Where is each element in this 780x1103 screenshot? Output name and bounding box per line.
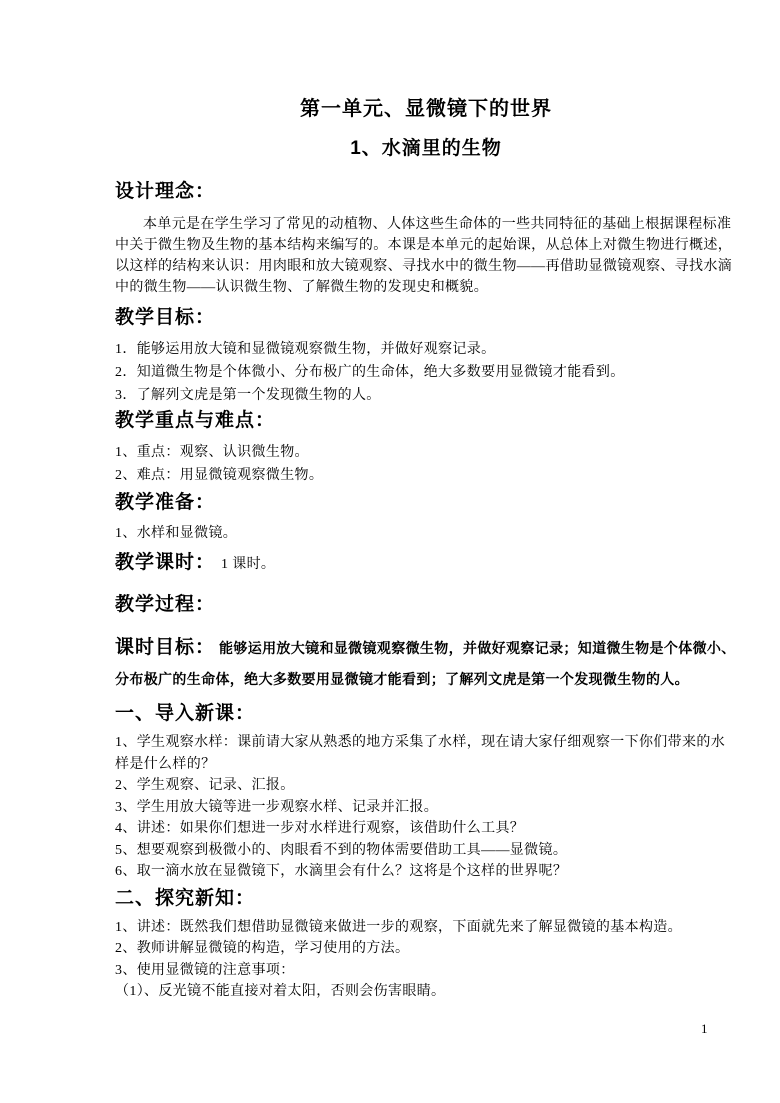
preparation-list: 1、水样和显微镜。	[115, 523, 737, 545]
section-heading-lead-in: 一、导入新课：	[115, 700, 737, 728]
list-item: 4、讲述：如果你们想进一步对水样进行观察，该借助什么工具？	[115, 818, 737, 840]
list-item: 3．了解列文虎是第一个发现微生物的人。	[115, 384, 737, 407]
section-heading-lesson-goal: 课时目标：	[115, 637, 215, 658]
section-heading-preparation: 教学准备：	[115, 489, 737, 517]
class-hours-line: 教学课时：1 课时。	[115, 549, 737, 579]
list-item: 1．能够运用放大镜和显微镜观察微生物，并做好观察记录。	[115, 338, 737, 361]
list-item: 3、学生用放大镜等进一步观察水样、记录并汇报。	[115, 797, 737, 819]
list-item: 1、重点：观察、认识微生物。	[115, 441, 737, 464]
section-heading-design-concept: 设计理念：	[115, 178, 737, 206]
page-number: 1	[701, 1021, 708, 1037]
lead-in-list: 1、学生观察水样：课前请大家从熟悉的地方采集了水样，现在请大家仔细观察一下你们带…	[115, 732, 737, 883]
list-item: 2、难点：用显微镜观察微生物。	[115, 464, 737, 487]
list-item: 2．知道微生物是个体微小、分布极广的生命体，绝大多数要用显微镜才能看到。	[115, 361, 737, 384]
class-hours-value: 1 课时。	[215, 557, 275, 572]
list-item: （1）、反光镜不能直接对着太阳，否则会伤害眼睛。	[115, 981, 737, 1003]
list-item: 2、学生观察、记录、汇报。	[115, 775, 737, 797]
document-page: 第一单元、显微镜下的世界 1、水滴里的生物 设计理念： 本单元是在学生学习了常见…	[0, 0, 780, 1103]
list-item: 1、学生观察水样：课前请大家从熟悉的地方采集了水样，现在请大家仔细观察一下你们带…	[115, 732, 737, 775]
section-heading-explore: 二、探究新知：	[115, 885, 737, 913]
section-heading-teaching-objectives: 教学目标：	[115, 304, 737, 332]
list-item: 2、教师讲解显微镜的构造，学习使用的方法。	[115, 938, 737, 960]
list-item: 3、使用显微镜的注意事项：	[115, 960, 737, 982]
list-item: 1、水样和显微镜。	[115, 523, 737, 545]
lesson-goal-line: 课时目标：能够运用放大镜和显微镜观察微生物，并做好观察记录；知道微生物是个体微小…	[115, 633, 737, 696]
page-title: 第一单元、显微镜下的世界	[115, 96, 737, 122]
list-item: 1、讲述：既然我们想借助显微镜来做进一步的观察，下面就先来了解显微镜的基本构造。	[115, 917, 737, 939]
explore-list: 1、讲述：既然我们想借助显微镜来做进一步的观察，下面就先来了解显微镜的基本构造。…	[115, 917, 737, 1003]
teaching-objectives-list: 1．能够运用放大镜和显微镜观察微生物，并做好观察记录。 2．知道微生物是个体微小…	[115, 338, 737, 407]
list-item: 6、取一滴水放在显微镜下，水滴里会有什么？这将是个这样的世界呢？	[115, 861, 737, 883]
section-heading-class-hours: 教学课时：	[115, 552, 215, 573]
section-heading-key-difficult-points: 教学重点与难点：	[115, 407, 737, 435]
list-item: 5、想要观察到极微小的、肉眼看不到的物体需要借助工具——显微镜。	[115, 840, 737, 862]
section-heading-teaching-process: 教学过程：	[115, 591, 737, 619]
key-difficult-points-list: 1、重点：观察、认识微生物。 2、难点：用显微镜观察微生物。	[115, 441, 737, 487]
page-subtitle: 1、水滴里的生物	[115, 136, 737, 162]
design-concept-paragraph: 本单元是在学生学习了常见的动植物、人体这些生命体的一些共同特征的基础上根据课程标…	[115, 214, 737, 298]
